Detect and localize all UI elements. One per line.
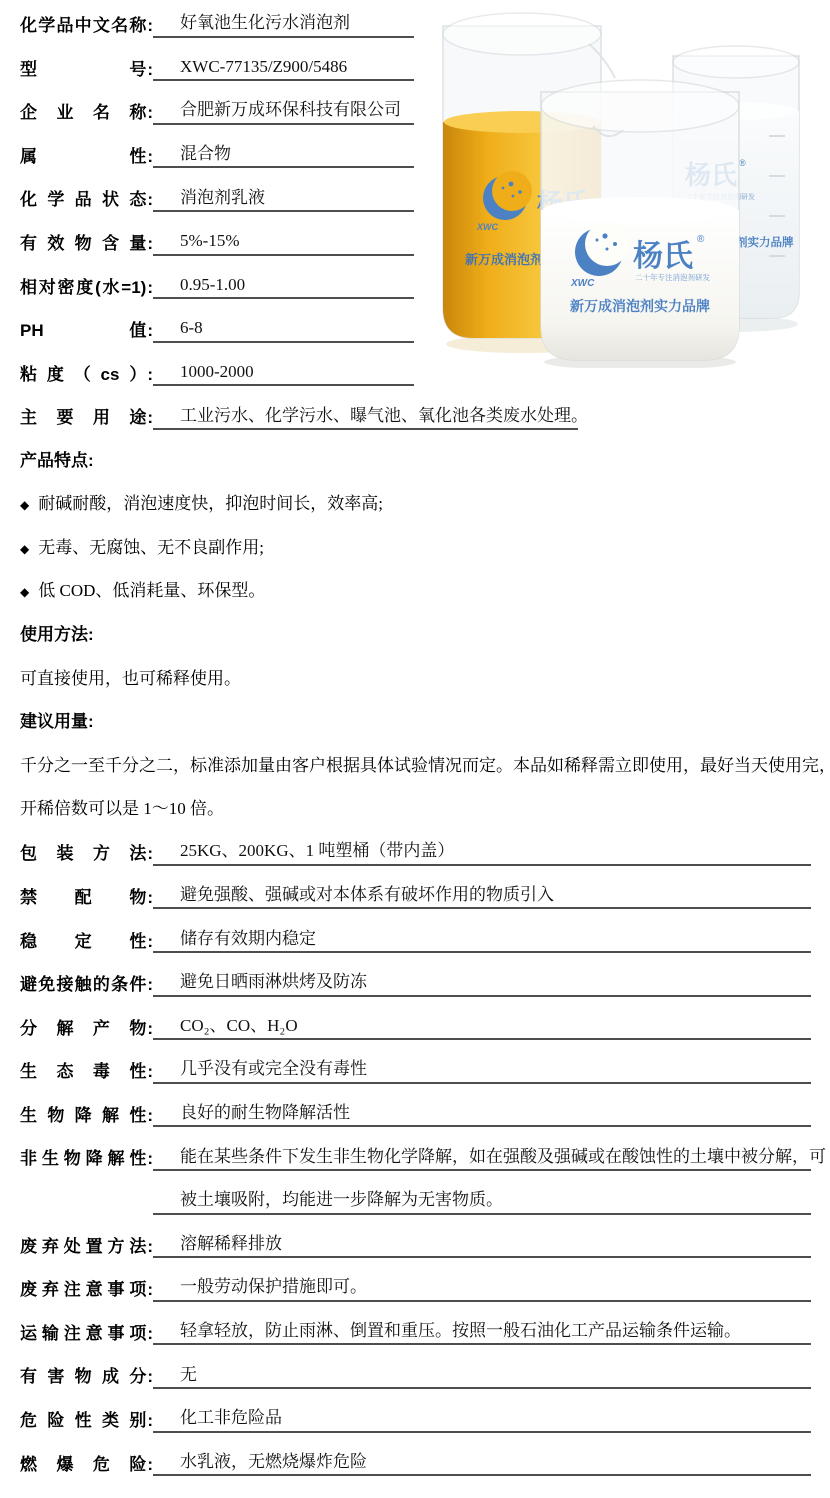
field-label-spacer [20,1213,153,1215]
field-label-colon: : [146,60,153,80]
field-label: 相对密度(水=1): [20,278,153,300]
section-heading-dosage: 建议用量: [20,692,812,736]
field-label: 生物降解性: [20,1106,153,1128]
field-row-incompatibles: 禁配物: 避免强酸、强碱或对本体系有破坏作用的物质引入 [20,866,812,910]
field-value: 储存有效期内稳定 [153,929,811,953]
field-label: 废弃处置方法: [20,1237,153,1259]
field-label-colon: : [146,1106,153,1126]
field-value: 25KG、200KG、1 吨塑桶（带内盖） [153,841,811,865]
field-value: 避免强酸、强碱或对本体系有破坏作用的物质引入 [153,885,811,909]
diamond-bullet-icon: ◆ [20,542,29,556]
field-row-packing: 包装方法: 25KG、200KG、1 吨塑桶（带内盖） [20,822,812,866]
field-label-text: 运输注意事项 [20,1324,146,1344]
field-label-text: 相对密度(水=1) [20,278,146,298]
field-label-colon: : [146,278,153,298]
diamond-bullet-icon: ◆ [20,585,29,599]
field-label-text: 有效物含量 [20,234,146,254]
field-label: 运输注意事项: [20,1324,153,1346]
field-label-text: 燃爆危险 [20,1455,146,1475]
field-label-text: 包装方法 [20,844,146,864]
field-label-text: 废弃注意事项 [20,1280,146,1300]
section-heading-usage: 使用方法: [20,604,812,648]
brand-subtitle-text: 二十年专注消泡剂研发 [635,272,710,282]
field-label-text: 避免接触的条件 [20,975,146,995]
field-row-main-usage: 主要用途: 工业污水、化学污水、曝气池、氧化池各类废水处理。 [20,386,812,430]
field-label-text: 化学品中文名称 [20,16,146,36]
field-label-colon: : [146,1411,153,1431]
field-value: 混合物 [153,144,414,168]
feature-text: 无毒、无腐蚀、无不良副作用; [38,533,264,558]
field-row-disposal-method: 废弃处置方法: 溶解稀释排放 [20,1215,812,1259]
field-value: 无 [153,1365,811,1389]
logo-abbr-text: XWC [570,278,595,289]
field-value: 水乳液，无燃烧爆炸危险 [153,1452,811,1476]
dosage-line: 开稀倍数可以是 1～10 倍。 [20,779,812,823]
usage-body: 可直接使用，也可稀释使用。 [20,648,812,692]
field-label: 非生物降解性: [20,1149,153,1171]
field-label: 主要用途: [20,408,153,430]
field-label-text: 化学品状态 [20,190,146,210]
field-label: 企业名称: [20,103,153,125]
feature-bullet: ◆ 耐碱耐酸，消泡速度快，抑泡时间长，效率高; [20,474,812,518]
field-value: 轻拿轻放，防止雨淋、倒置和重压。按照一般石油化工产品运输条件运输。 [153,1321,811,1345]
field-row-biodegradability: 生物降解性: 良好的耐生物降解活性 [20,1084,812,1128]
field-value: 溶解稀释排放 [153,1234,811,1258]
field-value: XWC-77135/Z900/5486 [153,57,414,81]
field-label-colon: : [146,408,153,428]
field-label-text: 粘度（cs） [20,365,146,385]
field-label: 属性: [20,147,153,169]
product-spec-sheet: 化学品中文名称: 好氧池生化污水消泡剂 型号: XWC-77135/Z900/5… [0,0,830,1498]
field-value: 被土壤吸附，均能进一步降解为无害物质。 [153,1190,811,1214]
field-label: 化学品状态: [20,190,153,212]
field-label-text: 有害物成分 [20,1367,146,1387]
registered-mark: ® [739,158,746,168]
field-label: 包装方法: [20,844,153,866]
field-label-text: 型号 [20,60,146,80]
field-label: 禁配物: [20,888,153,910]
field-row-disposal-precautions: 废弃注意事项: 一般劳动保护措施即可。 [20,1258,812,1302]
field-value: 能在某些条件下发生非生物化学降解，如在强酸及强碱或在酸蚀性的土壤中被分解，可 [153,1147,811,1171]
field-label-colon: : [146,844,153,864]
field-label-colon: : [146,1019,153,1039]
brand-tagline-text: 新万成消泡剂实力品牌 [570,298,710,314]
field-label: 避免接触的条件: [20,975,153,997]
field-value: 化工非危险品 [153,1408,811,1432]
feature-bullet: ◆ 低 COD、低消耗量、环保型。 [20,561,812,605]
field-label-colon: : [146,888,153,908]
feature-text: 低 COD、低消耗量、环保型。 [38,576,265,601]
field-value: 6-8 [153,318,414,342]
field-label-text: 分解产物 [20,1019,146,1039]
field-value: 工业污水、化学污水、曝气池、氧化池各类废水处理。 [153,406,578,430]
field-label: 粘度（cs）: [20,365,153,387]
field-value: 好氧池生化污水消泡剂 [153,13,414,37]
brand-name-text: 杨氏 [633,240,694,273]
field-row-transport-precautions: 运输注意事项: 轻拿轻放，防止雨淋、倒置和重压。按照一般石油化工产品运输条件运输… [20,1302,812,1346]
diamond-bullet-icon: ◆ [20,498,29,512]
field-label-colon: : [146,234,153,254]
beakers-illustration: 杨氏 ® 二十年专注消泡剂研发 新万成消泡剂实力品牌 XWC [433,12,805,368]
field-label: 稳定性: [20,932,153,954]
field-value: 5%-15% [153,231,414,255]
field-label-text: 主要用途 [20,408,146,428]
field-label-text: 生态毒性 [20,1062,146,1082]
field-row-decomposition: 分解产物: CO₂、CO、H₂O [20,997,812,1041]
field-value: 消泡剂乳液 [153,188,414,212]
field-label-colon: : [146,321,153,341]
field-label: 有害物成分: [20,1367,153,1389]
field-label-colon: : [146,190,153,210]
field-value: 避免日晒雨淋烘烤及防冻 [153,972,811,996]
field-label-colon: : [146,1237,153,1257]
registered-mark: ® [697,234,705,245]
field-label-text: 禁配物 [20,888,146,908]
field-value: 合肥新万成环保科技有限公司 [153,100,414,124]
field-value: 0.95-1.00 [153,275,414,299]
field-label-colon: : [146,1324,153,1344]
field-row-abiotic-degradability-cont: 被土壤吸附，均能进一步降解为无害物质。 [20,1171,812,1215]
field-row-explosion-hazard: 燃爆危险: 水乳液，无燃烧爆炸危险 [20,1433,812,1477]
field-label-colon: : [146,1149,153,1169]
field-label: PH值: [20,321,153,343]
field-label-colon: : [146,103,153,123]
field-row-avoid-conditions: 避免接触的条件: 避免日晒雨淋烘烤及防冻 [20,953,812,997]
field-label: 型号: [20,60,153,82]
product-photo: 杨氏 ® 二十年专注消泡剂研发 新万成消泡剂实力品牌 XWC [433,12,805,368]
field-row-stability: 稳定性: 储存有效期内稳定 [20,909,812,953]
field-label-colon: : [146,16,153,36]
field-label: 分解产物: [20,1019,153,1041]
field-value: CO₂、CO、H₂O [153,1016,811,1040]
field-label-text: 稳定性 [20,932,146,952]
field-label-colon: : [146,365,153,385]
field-row-ecotoxicity: 生态毒性: 几乎没有或完全没有毒性 [20,1040,812,1084]
field-row-hazard-class: 危险性类别: 化工非危险品 [20,1389,812,1433]
field-row-abiotic-degradability: 非生物降解性: 能在某些条件下发生非生物化学降解，如在强酸及强碱或在酸蚀性的土壤… [20,1127,812,1171]
field-label-colon: : [146,932,153,952]
beaker-milk: XWC 杨氏 ® 二十年专注消泡剂研发 新万成消泡剂实力品牌 [541,80,739,360]
field-label: 燃爆危险: [20,1455,153,1477]
field-value: 一般劳动保护措施即可。 [153,1277,811,1301]
field-label: 危险性类别: [20,1411,153,1433]
field-label: 废弃注意事项: [20,1280,153,1302]
field-label-text: PH值 [20,321,146,341]
field-label-text: 属性 [20,147,146,167]
field-label-text: 企业名称 [20,103,146,123]
field-label-colon: : [146,975,153,995]
dosage-line: 千分之一至千分之二，标准添加量由客户根据具体试验情况而定。本品如稀释需立即使用，… [20,735,812,779]
field-label: 生态毒性: [20,1062,153,1084]
feature-text: 耐碱耐酸，消泡速度快，抑泡时间长，效率高; [38,489,383,514]
section-heading-features: 产品特点: [20,430,812,474]
field-value: 良好的耐生物降解活性 [153,1103,811,1127]
field-label-colon: : [146,1062,153,1082]
feature-bullet: ◆ 无毒、无腐蚀、无不良副作用; [20,517,812,561]
field-label-text: 非生物降解性 [20,1149,146,1169]
field-label-colon: : [146,1280,153,1300]
field-label: 化学品中文名称: [20,16,153,38]
field-label-text: 危险性类别 [20,1411,146,1431]
field-label-colon: : [146,1367,153,1387]
field-label-colon: : [146,147,153,167]
field-label-text: 废弃处置方法 [20,1237,146,1257]
logo-abbr-text: XWC [476,222,498,232]
field-label-colon: : [146,1455,153,1475]
field-label-text: 生物降解性 [20,1106,146,1126]
field-value: 几乎没有或完全没有毒性 [153,1059,811,1083]
field-row-harmful-components: 有害物成分: 无 [20,1345,812,1389]
field-value: 1000-2000 [153,362,414,386]
field-label: 有效物含量: [20,234,153,256]
